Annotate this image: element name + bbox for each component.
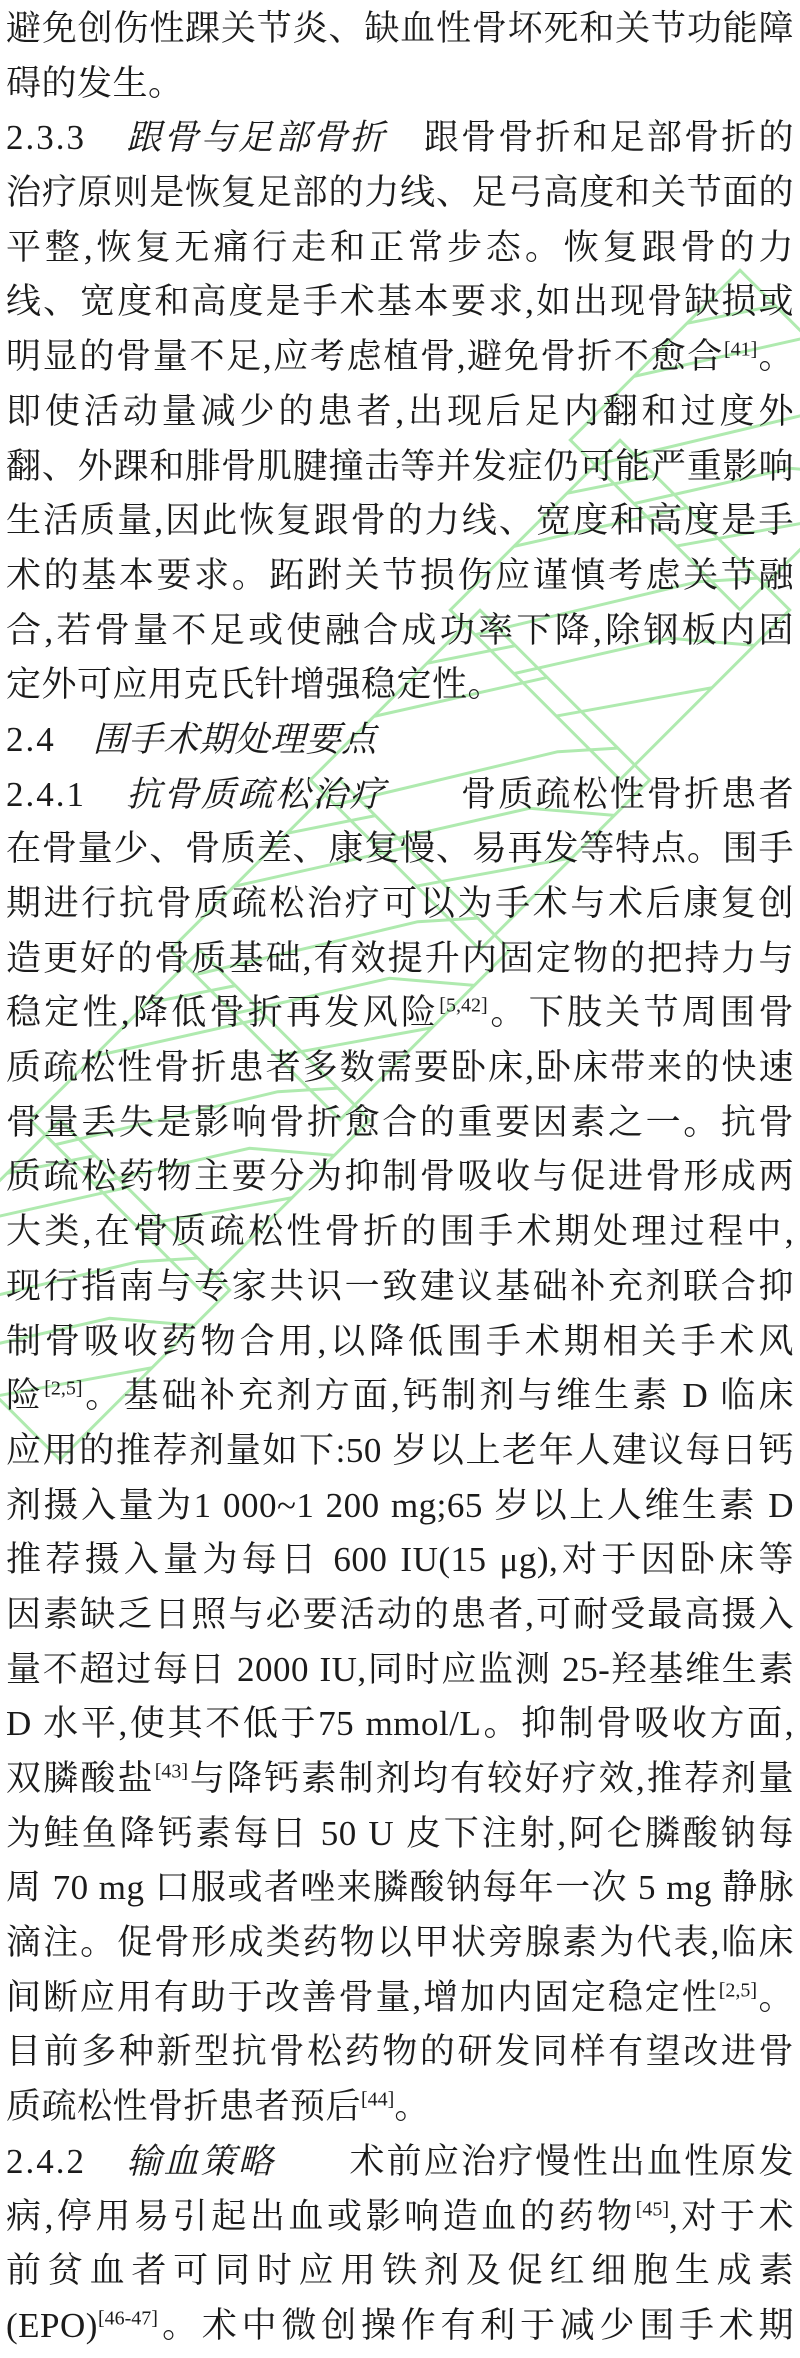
body-text: 质疏松药物主要分为抑制骨吸收与促进骨形成两 xyxy=(6,1157,794,1196)
text-line: 量不超过每日 2000 IU,同时应监测 25-羟基维生素 xyxy=(6,1643,794,1698)
body-text: 碍的发生。 xyxy=(6,64,184,103)
body-text: 避免创伤性踝关节炎、缺血性骨坏死和关节功能障 xyxy=(6,9,794,48)
text-line: 明显的骨量不足,应考虑植骨,避免骨折不愈合[41]。 xyxy=(6,330,794,385)
article-text-column: 避免创伤性踝关节炎、缺血性骨坏死和关节功能障碍的发生。2.3.3 跟骨与足部骨折… xyxy=(0,0,800,2354)
text-line: 2.4.1 抗骨质疏松治疗 骨质疏松性骨折患者存 xyxy=(6,768,794,823)
text-line: 大类,在骨质疏松性骨折的围手术期处理过程中, xyxy=(6,1205,794,1260)
body-text: 线、宽度和高度是手术基本要求,如出现骨缺损或 xyxy=(6,282,794,321)
text-line: 现行指南与专家共识一致建议基础补充剂联合抑 xyxy=(6,1260,794,1315)
body-text: 术的基本要求。跖跗关节损伤应谨慎考虑关节融 xyxy=(6,556,794,595)
body-text: 造更好的骨质基础,有效提升内固定物的把持力与 xyxy=(6,939,794,978)
body-text: 周 70 mg 口服或者唑来膦酸钠每年一次 5 mg 静脉 xyxy=(6,1868,794,1907)
text-line: 双膦酸盐[43]与降钙素制剂均有较好疗效,推荐剂量 xyxy=(6,1752,794,1807)
text-line: 期进行抗骨质疏松治疗可以为手术与术后康复创 xyxy=(6,877,794,932)
section-number: 2.4 xyxy=(6,720,93,759)
text-line: 线、宽度和高度是手术基本要求,如出现骨缺损或 xyxy=(6,275,794,330)
citation-ref: [45] xyxy=(636,2198,669,2220)
body-text: 双膦酸盐 xyxy=(6,1759,155,1798)
body-text: 推荐摄入量为每日 600 IU(15 μg),对于因卧床等 xyxy=(6,1540,794,1579)
body-text: 明显的骨量不足,应考虑植骨,避免骨折不愈合 xyxy=(6,337,724,376)
citation-ref: [2,5] xyxy=(44,1378,82,1400)
citation-ref: [46-47] xyxy=(98,2307,158,2329)
body-text: 。术中微创操作有利于减少围手术期 xyxy=(158,2306,794,2345)
body-text: 制骨吸收药物合用,以降低围手术期相关手术风 xyxy=(6,1322,794,1361)
citation-ref: [2,5] xyxy=(719,1979,757,2001)
text-line: 质疏松药物主要分为抑制骨吸收与促进骨形成两 xyxy=(6,1150,794,1205)
body-text: 定外可应用克氏针增强稳定性。 xyxy=(6,665,503,704)
body-text: 。基础补充剂方面,钙制剂与维生素 D 临床 xyxy=(83,1376,794,1415)
citation-ref: [5,42] xyxy=(439,995,487,1017)
text-line: 2.3.3 跟骨与足部骨折 跟骨骨折和足部骨折的 xyxy=(6,111,794,166)
text-line: 病,停用易引起出血或影响造血的药物[45],对于术 xyxy=(6,2190,794,2245)
text-line: (EPO)[46-47]。术中微创操作有利于减少围手术期 xyxy=(6,2299,794,2354)
text-line: 2.4.2 输血策略 术前应治疗慢性出血性原发疾 xyxy=(6,2135,794,2190)
text-line: 滴注。促骨形成类药物以甲状旁腺素为代表,临床 xyxy=(6,1916,794,1971)
text-line: 剂摄入量为1 000~1 200 mg;65 岁以上人维生素 D xyxy=(6,1479,794,1534)
body-text: 质疏松性骨折患者多数需要卧床,卧床带来的快速 xyxy=(6,1048,794,1087)
text-line: 2.4 围手术期处理要点 xyxy=(6,713,794,768)
citation-ref: [43] xyxy=(155,1760,188,1782)
body-text: 与降钙素制剂均有较好疗效,推荐剂量 xyxy=(188,1759,794,1798)
body-text: 。 xyxy=(394,2087,430,2126)
body-text: 为鲑鱼降钙素每日 50 U 皮下注射,阿仑膦酸钠每 xyxy=(6,1814,794,1853)
body-text: 间断应用有助于改善骨量,增加内固定稳定性 xyxy=(6,1978,719,2017)
body-text: (EPO) xyxy=(6,2306,98,2345)
body-text: 治疗原则是恢复足部的力线、足弓高度和关节面的 xyxy=(6,173,794,212)
body-text: 质疏松性骨折患者预后 xyxy=(6,2087,361,2126)
body-text: 应用的推荐剂量如下:50 岁以上老年人建议每日钙 xyxy=(6,1431,794,1470)
body-text: 。下肢关节周围骨 xyxy=(488,993,794,1032)
body-text: 因素缺乏日照与必要活动的患者,可耐受最高摄入 xyxy=(6,1595,794,1634)
body-text: ,对于术 xyxy=(669,2197,794,2236)
text-line: 在骨量少、骨质差、康复慢、易再发等特点。围手术 xyxy=(6,822,794,877)
body-text: D 水平,使其不低于75 mmol/L。抑制骨吸收方面, xyxy=(6,1704,794,1743)
body-text: 前贫血者可同时应用铁剂及促红细胞生成素 xyxy=(6,2251,794,2290)
text-line: 翻、外踝和腓骨肌腱撞击等并发症仍可能严重影响 xyxy=(6,440,794,495)
text-line: 避免创伤性踝关节炎、缺血性骨坏死和关节功能障 xyxy=(6,2,794,57)
body-text: 。 xyxy=(757,337,794,376)
section-number: 2.4.2 xyxy=(6,2142,126,2181)
body-text: 期进行抗骨质疏松治疗可以为手术与术后康复创 xyxy=(6,884,794,923)
text-line: 质疏松性骨折患者多数需要卧床,卧床带来的快速 xyxy=(6,1041,794,1096)
scanned-page: 避免创伤性踝关节炎、缺血性骨坏死和关节功能障碍的发生。2.3.3 跟骨与足部骨折… xyxy=(0,0,800,2358)
text-line: 生活质量,因此恢复跟骨的力线、宽度和高度是手 xyxy=(6,494,794,549)
text-line: 平整,恢复无痛行走和正常步态。恢复跟骨的力 xyxy=(6,221,794,276)
body-text: 大类,在骨质疏松性骨折的围手术期处理过程中, xyxy=(6,1212,794,1251)
text-line: 应用的推荐剂量如下:50 岁以上老年人建议每日钙 xyxy=(6,1424,794,1479)
body-text: 量不超过每日 2000 IU,同时应监测 25-羟基维生素 xyxy=(6,1650,794,1689)
body-text: 即使活动量减少的患者,出现后足内翻和过度外 xyxy=(6,392,794,431)
citation-ref: [44] xyxy=(361,2088,394,2110)
body-text: 现行指南与专家共识一致建议基础补充剂联合抑 xyxy=(6,1267,794,1306)
body-text: 目前多种新型抗骨松药物的研发同样有望改进骨 xyxy=(6,2032,794,2071)
text-line: 间断应用有助于改善骨量,增加内固定稳定性[2,5]。 xyxy=(6,1971,794,2026)
section-title: 抗骨质疏松治疗 xyxy=(126,775,386,814)
text-line: D 水平,使其不低于75 mmol/L。抑制骨吸收方面, xyxy=(6,1697,794,1752)
body-text: 骨量丢失是影响骨折愈合的重要因素之一。抗骨 xyxy=(6,1103,794,1142)
section-title: 围手术期处理要点 xyxy=(93,720,377,759)
body-text: 险 xyxy=(6,1376,44,1415)
text-line: 骨量丢失是影响骨折愈合的重要因素之一。抗骨 xyxy=(6,1096,794,1151)
text-line: 因素缺乏日照与必要活动的患者,可耐受最高摄入 xyxy=(6,1588,794,1643)
text-line: 险[2,5]。基础补充剂方面,钙制剂与维生素 D 临床 xyxy=(6,1369,794,1424)
text-line: 为鲑鱼降钙素每日 50 U 皮下注射,阿仑膦酸钠每 xyxy=(6,1807,794,1862)
text-line: 定外可应用克氏针增强稳定性。 xyxy=(6,658,794,713)
text-line: 制骨吸收药物合用,以降低围手术期相关手术风 xyxy=(6,1315,794,1370)
text-line: 目前多种新型抗骨松药物的研发同样有望改进骨 xyxy=(6,2025,794,2080)
body-text: 平整,恢复无痛行走和正常步态。恢复跟骨的力 xyxy=(6,228,794,267)
section-title: 输血策略 xyxy=(126,2142,275,2181)
body-text: 跟骨骨折和足部骨折的 xyxy=(387,118,794,157)
text-line: 前贫血者可同时应用铁剂及促红细胞生成素 xyxy=(6,2244,794,2299)
body-text: 。 xyxy=(757,1978,794,2017)
text-line: 合,若骨量不足或使融合成功率下降,除钢板内固 xyxy=(6,604,794,659)
text-line: 造更好的骨质基础,有效提升内固定物的把持力与 xyxy=(6,932,794,987)
text-line: 质疏松性骨折患者预后[44]。 xyxy=(6,2080,794,2135)
text-line: 治疗原则是恢复足部的力线、足弓高度和关节面的 xyxy=(6,166,794,221)
body-text: 翻、外踝和腓骨肌腱撞击等并发症仍可能严重影响 xyxy=(6,447,794,486)
text-line: 碍的发生。 xyxy=(6,57,794,112)
body-text: 稳定性,降低骨折再发风险 xyxy=(6,993,439,1032)
body-text: 病,停用易引起出血或影响造血的药物 xyxy=(6,2197,636,2236)
text-line: 推荐摄入量为每日 600 IU(15 μg),对于因卧床等 xyxy=(6,1533,794,1588)
body-text: 滴注。促骨形成类药物以甲状旁腺素为代表,临床 xyxy=(6,1923,794,1962)
body-text: 合,若骨量不足或使融合成功率下降,除钢板内固 xyxy=(6,611,794,650)
body-text: 在骨量少、骨质差、康复慢、易再发等特点。围手术 xyxy=(6,829,794,877)
text-line: 术的基本要求。跖跗关节损伤应谨慎考虑关节融 xyxy=(6,549,794,604)
body-text: 生活质量,因此恢复跟骨的力线、宽度和高度是手 xyxy=(6,501,794,540)
section-title: 跟骨与足部骨折 xyxy=(126,118,386,157)
text-line: 稳定性,降低骨折再发风险[5,42]。下肢关节周围骨 xyxy=(6,986,794,1041)
citation-ref: [41] xyxy=(724,338,757,360)
section-number: 2.4.1 xyxy=(6,775,126,814)
section-number: 2.3.3 xyxy=(6,118,126,157)
text-line: 周 70 mg 口服或者唑来膦酸钠每年一次 5 mg 静脉 xyxy=(6,1861,794,1916)
body-text: 剂摄入量为1 000~1 200 mg;65 岁以上人维生素 D xyxy=(6,1486,794,1525)
text-line: 即使活动量减少的患者,出现后足内翻和过度外 xyxy=(6,385,794,440)
